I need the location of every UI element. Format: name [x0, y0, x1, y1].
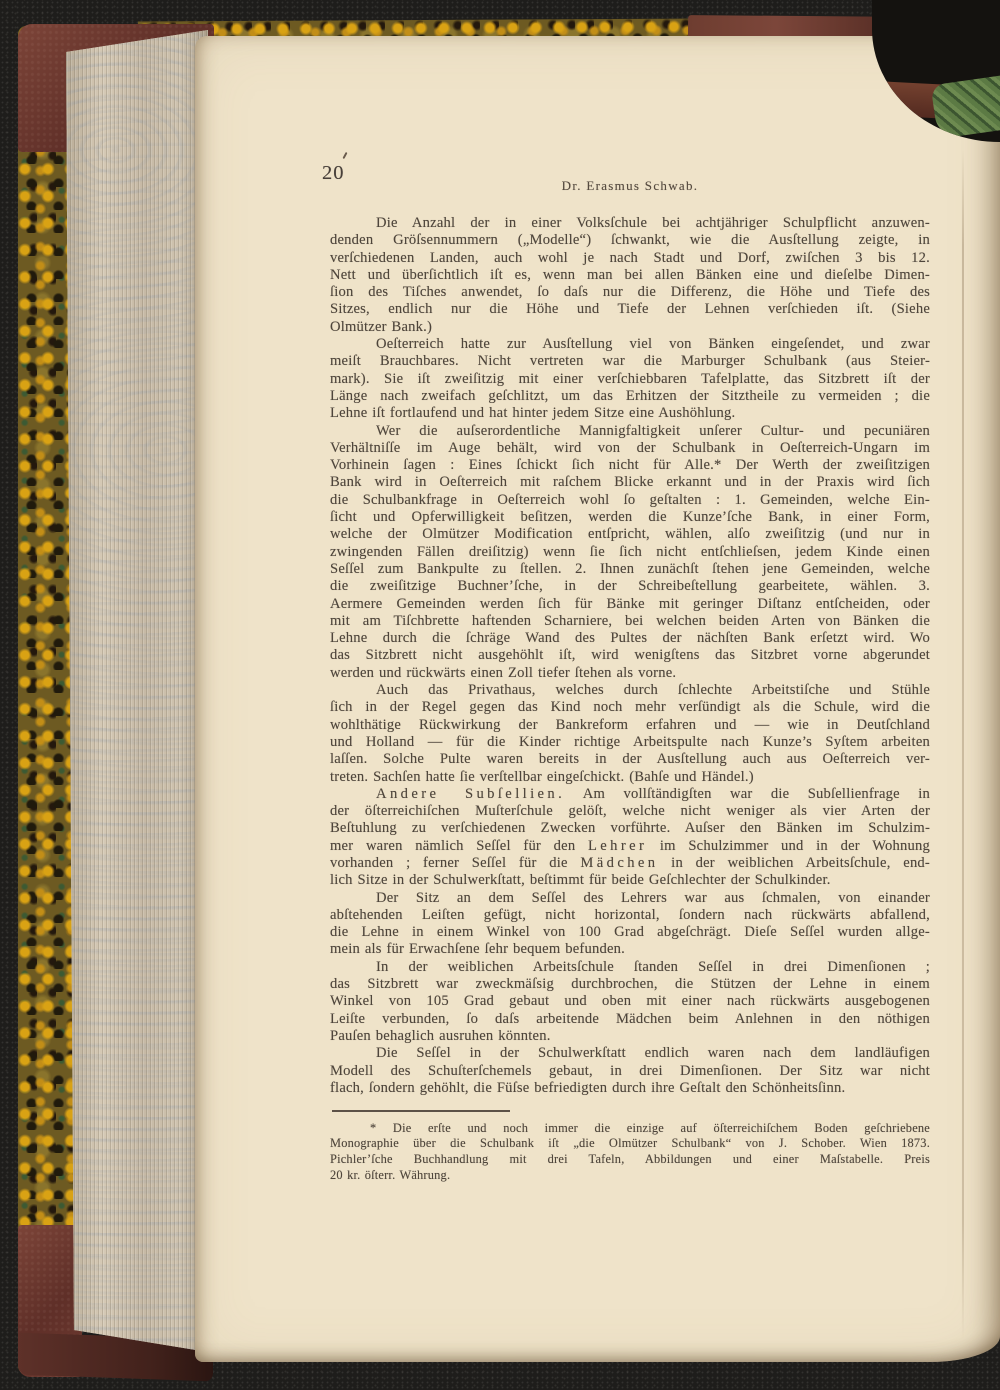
text-line: mit am Tiſchbrette haftenden Scharniere,…: [330, 613, 930, 630]
text-line: ſich in der Regel gegen das Kind noch me…: [330, 699, 930, 716]
cover-marbled-left-edge: [18, 26, 74, 1374]
text-line: lich Sitze in der Schulwerkſtatt, beſtim…: [330, 872, 930, 889]
text-line: Die Anzahl der in einer Volksſchule bei …: [330, 215, 930, 232]
text-line: In der weiblichen Arbeitsſchule ſtanden …: [330, 959, 930, 976]
text-line: mein als für Erwachſene ſehr bequem befu…: [330, 941, 930, 958]
text-line: zwingenden Fällen dreiſitzig) wenn ſie ſ…: [330, 544, 930, 561]
text-line: Aermere Gemeinden werden ſich für Bänke …: [330, 596, 930, 613]
footnote-rule: [332, 1110, 510, 1112]
text-line: denden Gröſsennummern („Modelle“) ſchwan…: [330, 232, 930, 249]
text-line: ſicht und Opferwilligkeit beſitzen, werd…: [330, 509, 930, 526]
text-line: Vorhinein ſagen : Eines ſchickt ſich nic…: [330, 457, 930, 474]
footnote-line: * Die erſte und noch immer die einzige a…: [330, 1121, 930, 1137]
text-line: Wer die auſserordentliche Mannigfaltigke…: [330, 423, 930, 440]
text-line: Olmützer Bank.): [330, 319, 930, 336]
text-line: Lehne iſt fortlaufend und hat hinter jed…: [330, 405, 930, 422]
text-line: Andere Subſellien. Am vollſtändigſten wa…: [330, 786, 930, 803]
running-header: Dr. Erasmus Schwab.: [330, 166, 930, 194]
text-line: Die Seſſel in der Schulwerkſtatt endlich…: [330, 1045, 930, 1062]
text-line: verſchiedenen Landen, auch wohl je nach …: [330, 250, 930, 267]
text-line: meiſt Brauchbares. Nicht vertreten war d…: [330, 353, 930, 370]
text-line: Sitzes, endlich nur die Höhe und Tiefe d…: [330, 301, 930, 318]
emphasized-text: Mädchen: [580, 855, 658, 871]
text-line: Oeſterreich hatte zur Ausſtellung viel v…: [330, 336, 930, 353]
text-line: und Holland — für die Kinder richtige Ar…: [330, 734, 930, 751]
emphasized-text: Lehrer: [588, 838, 647, 854]
text-line: das Sitzbrett nicht ausgehöhlt iſt, wird…: [330, 647, 930, 664]
text-line: laſſen. Solche Pulte waren bereits in de…: [330, 751, 930, 768]
footnote-line: Pichler’ſche Buchhandlung mit drei Tafel…: [330, 1152, 930, 1168]
text-line: mer waren nämlich Seſſel für den Lehrer …: [330, 838, 930, 855]
text-line: flach, ſondern gehöhlt, die Füſse befrie…: [330, 1080, 930, 1097]
text-line: der öſterreichiſchen Muſterſchule gelöſt…: [330, 803, 930, 820]
text-line: die zweiſitzige Buchner’ſche, in der Sch…: [330, 578, 930, 595]
text-line: Verhältniſſe im Auge behält, wird von de…: [330, 440, 930, 457]
page-text-column: 20 Dr. Erasmus Schwab. Die Anzahl der in…: [330, 166, 930, 1184]
text-line: treten. Sachſen hatte ſie verſtellbar ei…: [330, 769, 930, 786]
page-number: 20: [322, 162, 345, 185]
text-line: Beſtuhlung zu verſchiedenen Zwecken vorf…: [330, 820, 930, 837]
footnote-text: * Die erſte und noch immer die einzige a…: [330, 1121, 930, 1184]
book-scan: 20 Dr. Erasmus Schwab. Die Anzahl der in…: [0, 0, 1000, 1390]
text-line: Winkel von 105 Grad gebaut und oben mit …: [330, 993, 930, 1010]
text-line: Seſſel zum Bankpulte zu ſtellen. 2. Ihne…: [330, 561, 930, 578]
text-line: welche der Olmützer Modification entſpri…: [330, 526, 930, 543]
text-line: Länge nach zweifach geſchlitzt, um das E…: [330, 388, 930, 405]
text-line: mark). Sie iſt zweiſitzig mit einer verſ…: [330, 371, 930, 388]
text-line: Nett und überſichtlich iſt es, wenn man …: [330, 267, 930, 284]
gutter-crease: [962, 150, 964, 1340]
text-line: werden und rückwärts einen Zoll tiefer ſ…: [330, 665, 930, 682]
text-line: wohlthätige Rückwirkung der Bankreform e…: [330, 717, 930, 734]
footnote-line: 20 kr. öſterr. Währung.: [330, 1168, 930, 1184]
text-line: ſion des Tiſches anwendet, ſo daſs nur d…: [330, 284, 930, 301]
text-line: Lehne durch die ſchräge Wand des Pultes …: [330, 630, 930, 647]
text-line: das Sitzbrett war zweckmäſsig durchbroch…: [330, 976, 930, 993]
text-line: die Schulbankfrage in Oeſterreich wohl ſ…: [330, 492, 930, 509]
page-block-fore-edge: [66, 30, 208, 1372]
page-header: 20 Dr. Erasmus Schwab.: [330, 166, 930, 206]
text-line: Auch das Privathaus, welches durch ſchle…: [330, 682, 930, 699]
footnote-line: Monographie über die Schulbank iſt „die …: [330, 1136, 930, 1152]
headband-green: [931, 75, 1000, 139]
text-line: die Lehne in einem Winkel von 100 Grad a…: [330, 924, 930, 941]
text-line: Bank wird in Oeſterreich mit raſchem Bli…: [330, 474, 930, 491]
text-line: Modell des Schuſterſchemels gebaut, in d…: [330, 1063, 930, 1080]
text-line: vorhanden ; ferner Seſſel für die Mädche…: [330, 855, 930, 872]
footnote: * Die erſte und noch immer die einzige a…: [330, 1110, 930, 1184]
text-line: Pauſen behaglich ausruhen könnten.: [330, 1028, 930, 1045]
emphasized-text: Andere Subſellien.: [376, 786, 565, 802]
text-line: Der Sitz an dem Seſſel des Lehrers war a…: [330, 890, 930, 907]
body-text: Die Anzahl der in einer Volksſchule bei …: [330, 215, 930, 1097]
text-line: abſtehenden Leiſten gefügt, nicht horizo…: [330, 907, 930, 924]
text-line: Leiſte verbunden, ſo daſs arbeitende Mäd…: [330, 1011, 930, 1028]
